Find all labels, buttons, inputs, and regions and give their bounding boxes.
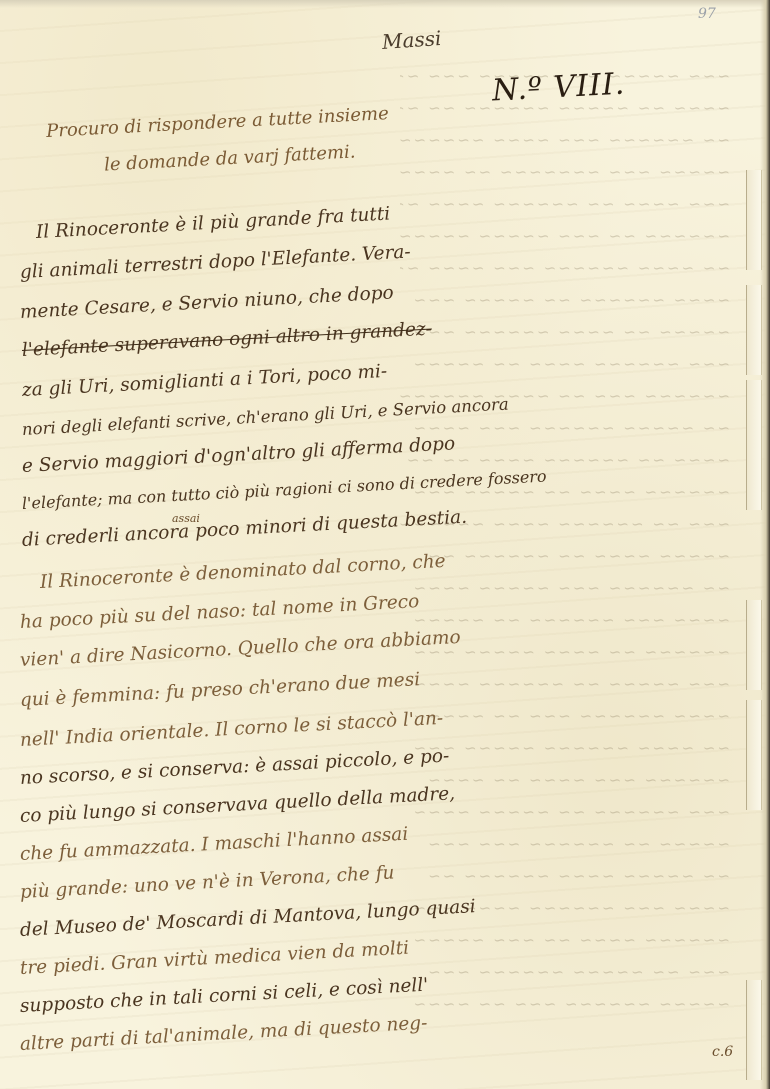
binding-tab (746, 700, 762, 810)
body-line: e Servio maggiori d'ogn'altro gli afferm… (21, 433, 455, 477)
binding-tab (746, 380, 762, 510)
body-line: tre piedi. Gran virtù medica vien da mol… (19, 938, 409, 979)
item-number: N.º VIII. (491, 67, 626, 109)
body-line: Il Rinoceronte è il più grande fra tutti (35, 203, 390, 243)
manuscript-page: ~~~ ~~~~~ ~~ ~~~~~~ ~~~ ~~~~~~~~ ~~ ~~~~… (0, 0, 770, 1089)
title-line-2: le domande da varj fattemi. (104, 141, 356, 175)
body-line: ha poco più su del naso: tal nome in Gre… (19, 591, 419, 633)
body-line: gli animali terrestri dopo l'Elefante. V… (19, 242, 411, 283)
page-top-edge (0, 0, 770, 8)
margin-mark: c.6 (712, 1044, 733, 1060)
body-line: qui è femmina: fu preso ch'erano due mes… (19, 669, 420, 711)
body-line: che fu ammazzata. I maschi l'hanno assai (19, 824, 408, 865)
folio-number: 97 (698, 6, 716, 22)
body-line: supposto che in tali corni si celi, e co… (19, 975, 428, 1017)
author-note: Massi (381, 26, 442, 54)
body-line: co più lungo si conservava quello della … (19, 783, 455, 827)
body-line: altre parti di tal'animale, ma di questo… (19, 1013, 427, 1055)
body-line: più grande: uno ve n'è in Verona, che fu (19, 862, 395, 903)
body-line: mente Cesare, e Servio niuno, che dopo (19, 282, 394, 323)
binding-tab (746, 170, 762, 270)
body-line: vien' a dire Nasicorno. Quello che ora a… (19, 627, 461, 671)
body-line-struck: l'elefante superavano ogni altro in gran… (21, 319, 432, 361)
binding-tab (746, 600, 762, 690)
body-line: za gli Uri, somiglianti a i Tori, poco m… (21, 361, 387, 401)
body-line: no scorso, e si conserva: è assai piccol… (19, 746, 449, 789)
binding-tab (746, 980, 762, 1080)
page-right-edge (760, 0, 770, 1089)
binding-tab (746, 285, 762, 375)
body-line: nell' India orientale. Il corno le si st… (19, 708, 443, 751)
body-line: Il Rinoceronte è denominato dal corno, c… (39, 551, 446, 593)
title-line-1: Procuro di rispondere a tutte insieme (46, 103, 390, 142)
